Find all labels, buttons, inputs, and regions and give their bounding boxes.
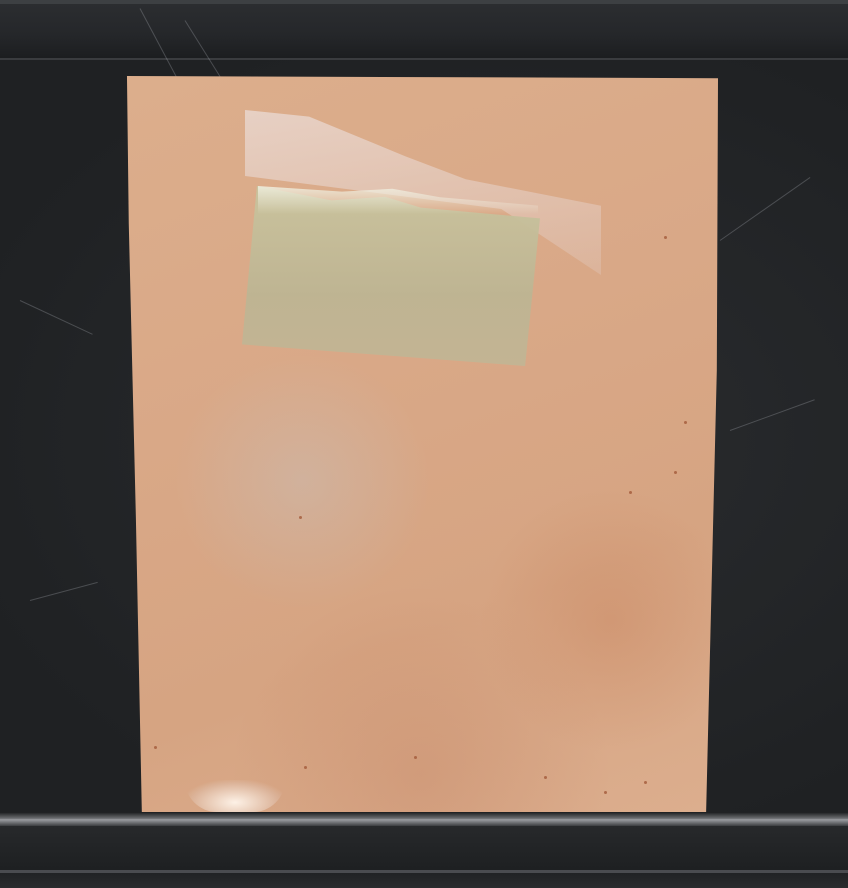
toning-spot — [414, 756, 417, 759]
toning-spot — [154, 746, 157, 749]
toning-spot — [304, 766, 307, 769]
mount-bottom-strip — [0, 826, 848, 888]
toning-spot — [544, 776, 547, 779]
toning-spot — [644, 781, 647, 784]
toning-spot — [299, 516, 302, 519]
toning-spot — [629, 491, 632, 494]
mount-top-edge — [0, 0, 848, 4]
photo-scene — [0, 0, 848, 888]
toning-spot — [604, 791, 607, 794]
mount-top-strip — [0, 0, 848, 60]
toning-spot — [674, 471, 677, 474]
toning-spot — [684, 421, 687, 424]
mount-sleeve-seam — [0, 812, 848, 826]
toning-spot — [664, 236, 667, 239]
mount-bottom-edge — [0, 870, 848, 873]
